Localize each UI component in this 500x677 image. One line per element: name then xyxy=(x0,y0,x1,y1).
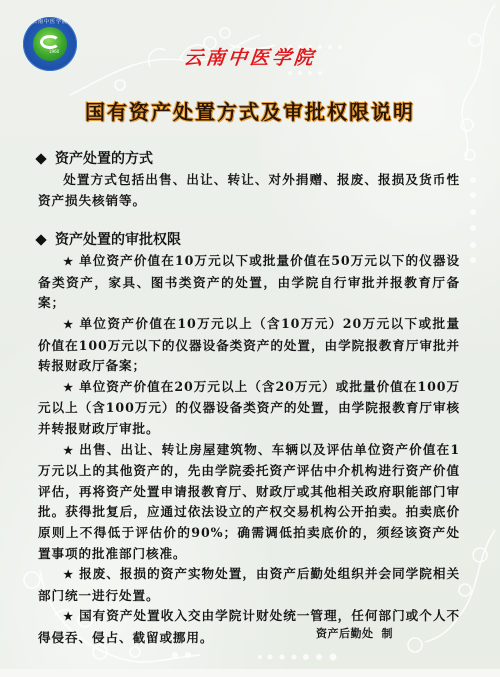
paragraph: ★报废、报损的资产实物处置，由资产后勤处组织并会同学院相关部门统一进行处置。 xyxy=(38,564,460,606)
section-heading-text: 资产处置的方式 xyxy=(55,148,153,170)
paragraph: ★单位资产价值在10万元以上（含10万元）20万元以下或批量价值在100万元以下… xyxy=(38,314,460,377)
paragraph: ★国有资产处置收入交由学院计财处统一管理，任何部门或个人不得侵吞、侵占、截留或挪… xyxy=(38,606,460,648)
signature-department: 资产后勤处 xyxy=(316,627,374,640)
leaf-mark-icon xyxy=(40,35,60,49)
paragraph-text: 单位资产价值在10万元以上（含10万元）20万元以下或批量价值在100万元以下的… xyxy=(38,316,460,373)
star-icon: ★ xyxy=(63,610,74,623)
page-title: 国有资产处置方式及审批权限说明 xyxy=(0,96,500,125)
section-heading: 资产处置的方式 xyxy=(34,148,460,170)
paragraph: ★单位资产价值在20万元以上（含20万元）或批量价值在100万元以上（含100万… xyxy=(38,377,460,440)
star-icon: ★ xyxy=(63,318,74,331)
star-icon: ★ xyxy=(63,444,74,457)
diamond-icon xyxy=(35,153,46,164)
logo-year: 1960 xyxy=(49,49,59,54)
bottom-border xyxy=(0,669,500,677)
paragraph-text: 单位资产价值在10万元以下或批量价值在50万元以下的仪器设备类资产，家具、图书类… xyxy=(38,253,460,310)
signature-suffix: 制 xyxy=(382,627,394,640)
paragraph: 处置方式包括出售、出让、转让、对外捐赠、报废、报损及货币性资产损失核销等。 xyxy=(38,170,460,211)
school-logo: 云南中医学院 1960 xyxy=(23,17,77,71)
paragraph-text: 报废、报损的资产实物处置，由资产后勤处组织并会同学院相关部门统一进行处置。 xyxy=(38,566,460,603)
logo-ring-text: 云南中医学院 xyxy=(23,18,77,25)
section-approval-authority: 资产处置的审批权限 ★单位资产价值在10万元以下或批量价值在50万元以下的仪器设… xyxy=(38,229,460,648)
section-disposal-methods: 资产处置的方式 处置方式包括出售、出让、转让、对外捐赠、报废、报损及货币性资产损… xyxy=(38,148,460,211)
section-heading: 资产处置的审批权限 xyxy=(34,229,460,251)
paragraph-text: 国有资产处置收入交由学院计财处统一管理，任何部门或个人不得侵吞、侵占、截留或挪用… xyxy=(38,608,460,645)
document-body: 资产处置的方式 处置方式包括出售、出让、转让、对外捐赠、报废、报损及货币性资产损… xyxy=(38,148,460,666)
school-name: 云南中医学院 xyxy=(183,43,318,70)
star-icon: ★ xyxy=(63,255,74,268)
star-icon: ★ xyxy=(63,568,74,581)
diamond-icon xyxy=(35,235,46,246)
paragraph-text: 出售、出让、转让房屋建筑物、车辆以及评估单位资产价值在1万元以上的其他资产的，先… xyxy=(38,442,460,561)
section-heading-text: 资产处置的审批权限 xyxy=(55,229,181,251)
paragraph: ★出售、出让、转让房屋建筑物、车辆以及评估单位资产价值在1万元以上的其他资产的，… xyxy=(38,440,460,565)
star-icon: ★ xyxy=(63,381,74,394)
paragraph-text: 单位资产价值在20万元以上（含20万元）或批量价值在100万元以上（含100万元… xyxy=(38,379,460,436)
paragraph: ★单位资产价值在10万元以下或批量价值在50万元以下的仪器设备类资产，家具、图书… xyxy=(38,251,460,314)
signature: 资产后勤处制 xyxy=(316,625,393,641)
paragraph-text: 处置方式包括出售、出让、转让、对外捐赠、报废、报损及货币性资产损失核销等。 xyxy=(38,172,460,208)
school-emblem-icon: 1960 xyxy=(33,27,67,61)
